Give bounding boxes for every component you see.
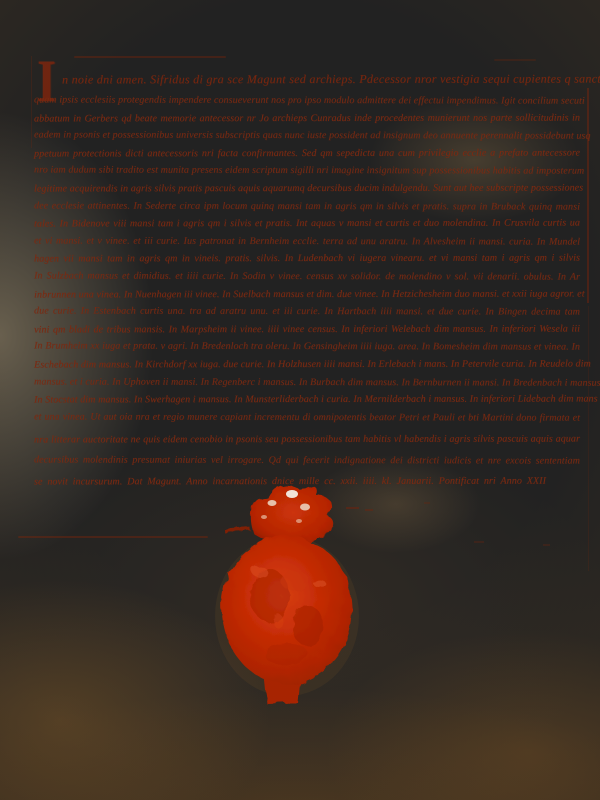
manuscript-line: nra litterar auctoritate ne quis eidem c… bbox=[34, 431, 580, 450]
manuscript-line: decursibus molendinis presumat iniurias … bbox=[34, 451, 580, 470]
left-margin-rule bbox=[31, 56, 32, 148]
manuscript-line: dee ecclesie attinentes. In Sederte circ… bbox=[34, 197, 580, 216]
seal-highlight bbox=[261, 515, 267, 519]
pen-dash bbox=[474, 541, 484, 543]
manuscript-line: hagen vii mansi tam in agris qm in vinei… bbox=[34, 250, 580, 269]
underline-stroke bbox=[18, 536, 208, 538]
manuscript-line: et una vinea. Ut aut oia nra et regio mu… bbox=[34, 408, 580, 427]
pen-dash bbox=[543, 544, 550, 546]
manuscript-line: vini qm bladi de tribus mansis. In Marps… bbox=[34, 320, 580, 339]
manuscript-line: abbatum in Gerbers qd beate memorie ante… bbox=[34, 109, 580, 128]
seal-highlight bbox=[286, 490, 298, 498]
manuscript-line: In Sulzbach mansus et dimidius. et iiii … bbox=[34, 267, 580, 286]
manuscript-line: eadem in psonis et possessionibus univer… bbox=[34, 127, 580, 146]
right-margin-rule bbox=[587, 88, 589, 303]
seal-highlight bbox=[268, 500, 277, 506]
manuscript-line: Eschebach dim mansus. In Kirchdorf xx iu… bbox=[34, 355, 580, 374]
manuscript-line: et vi mansi. et v vinee. et iii curie. I… bbox=[34, 232, 580, 251]
right-margin-rule-lower bbox=[588, 306, 589, 571]
seal-highlight bbox=[296, 519, 302, 523]
red-wax-seal bbox=[200, 476, 375, 708]
manuscript-line: In Stocstat dim mansus. In Swerhagen i m… bbox=[34, 391, 580, 410]
seal-left-tick bbox=[224, 527, 250, 532]
manuscript-line: due curie. In Estenbach curtis una. tra … bbox=[34, 303, 580, 322]
manuscript-line: inbrunnen una vinea. In Nuenhagen iii vi… bbox=[34, 285, 580, 304]
pen-dash bbox=[424, 502, 430, 504]
manuscript-line: ppetuum protectionis dicti antecessoris … bbox=[34, 144, 580, 163]
manuscript-line: quam ipsis ecclesiis protegendis impende… bbox=[34, 91, 580, 110]
seal-highlight bbox=[300, 504, 310, 511]
manuscript-line: n noie dni amen. Sifridus di gra sce Mag… bbox=[62, 52, 580, 93]
manuscript-text-block: n noie dni amen. Sifridus di gra sce Mag… bbox=[34, 52, 580, 491]
manuscript-line: tales. In Bidenove viii mansi tam i agri… bbox=[34, 215, 580, 234]
manuscript-line: mansus. et i curia. In Uphoven ii mansi.… bbox=[34, 373, 580, 392]
charter-photo: I n noie dni amen. Sifridus di gra sce M… bbox=[0, 0, 600, 800]
manuscript-line: In Brumheim xx iuga et prata. v agri. In… bbox=[34, 338, 580, 357]
manuscript-line: legitime acquirendis in agris silvis pra… bbox=[34, 179, 580, 198]
manuscript-line: nro iam dudum sibi tradito est munita pr… bbox=[34, 162, 580, 181]
